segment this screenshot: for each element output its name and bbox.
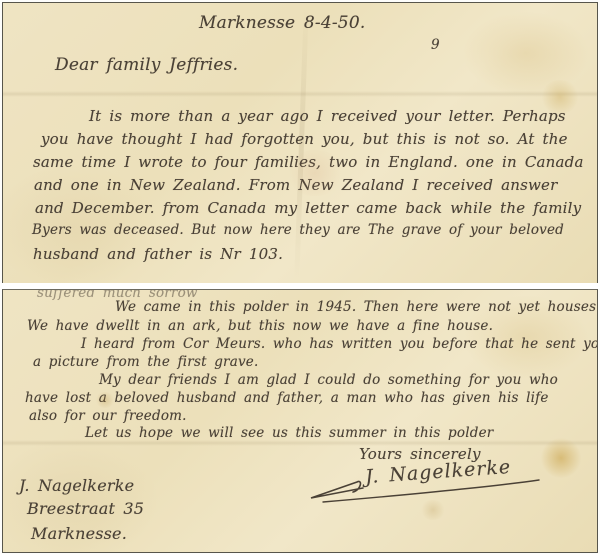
address-line: Breestraat 35 <box>27 499 144 518</box>
letter-line: also for our freedom. <box>29 408 187 424</box>
letter-line: have lost a beloved husband and father, … <box>25 390 549 406</box>
paper-crease <box>3 91 597 97</box>
letter-line: We came in this polder in 1945. Then her… <box>115 299 598 315</box>
letter-line: and December. from Canada my letter came… <box>35 199 581 217</box>
letter-line: husband and father is Nr 103. <box>33 245 283 263</box>
letter-line: I heard from Cor Meurs. who has written … <box>81 336 598 352</box>
letter-line: a picture from the first grave. <box>33 354 258 370</box>
address-line: J. Nagelkerke <box>19 476 134 495</box>
letter-line: My dear friends I am glad I could do som… <box>99 372 558 388</box>
address-line: Marknesse. <box>31 524 127 543</box>
letter-line: Let us hope we will see us this summer i… <box>85 425 493 441</box>
scanned-letter: Marknesse 8-4-50. 9 Dear family Jeffries… <box>0 0 600 554</box>
letter-line: and one in New Zealand. From New Zealand… <box>34 176 557 194</box>
letter-line: We have dwellt in an ark, but this now w… <box>27 318 493 334</box>
letter-line: same time I wrote to four families, two … <box>33 153 584 171</box>
letter-scan-top-half: Marknesse 8-4-50. 9 Dear family Jeffries… <box>2 2 598 285</box>
date-line: Marknesse 8-4-50. <box>199 13 365 33</box>
letter-line: It is more than a year ago I received yo… <box>89 107 566 125</box>
corner-mark: 9 <box>431 37 440 53</box>
salutation: Dear family Jeffries. <box>55 55 238 75</box>
letter-line: you have thought I had forgotten you, bu… <box>41 130 568 148</box>
letter-line: Byers was deceased. But now here they ar… <box>32 222 564 238</box>
letter-scan-bottom-half: suffered much sorrow We came in this pol… <box>2 289 598 553</box>
